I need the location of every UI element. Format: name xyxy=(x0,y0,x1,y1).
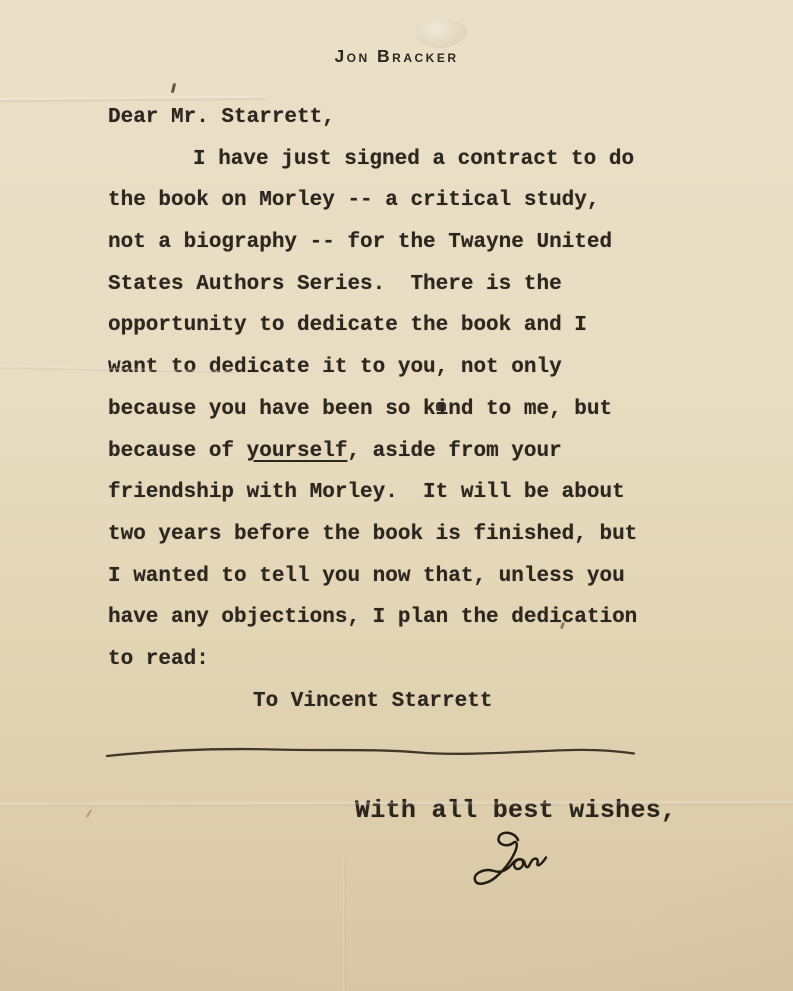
text-segment: because of xyxy=(108,440,247,463)
text-segment: I have just signed a contract to do xyxy=(193,148,634,171)
text-segment: because you have been so k xyxy=(108,398,436,421)
letter-line: not a biography -- for the Twayne United xyxy=(108,222,773,264)
letter-line: two years before the book is finished, b… xyxy=(108,514,773,556)
text-segment: nd to me, but xyxy=(448,398,612,421)
text-segment: not a biography -- for the Twayne United xyxy=(108,231,612,254)
letter-line: the book on Morley -- a critical study, xyxy=(108,180,773,222)
letter-line: to read: xyxy=(108,639,773,681)
letter-line: friendship with Morley. It will be about xyxy=(108,472,773,514)
text-segment: Dear Mr. Starrett, xyxy=(108,106,335,129)
letter-line: want to dedicate it to you, not only xyxy=(108,347,773,389)
text-segment: have any objections, I plan the dedicati… xyxy=(108,606,637,629)
hand-drawn-divider-line xyxy=(104,743,644,761)
overstruck-char: i xyxy=(436,389,449,431)
text-segment: To Vincent Starrett xyxy=(253,690,492,713)
letter-line: opportunity to dedicate the book and I xyxy=(108,305,773,347)
letter-line: have any objections, I plan the dedicati… xyxy=(108,597,773,639)
text-segment: the book on Morley -- a critical study, xyxy=(108,189,599,212)
text-segment: States Authors Series. There is the xyxy=(108,273,562,296)
letter-page: Jon Bracker Dear Mr. Starrett,I have jus… xyxy=(0,0,793,991)
text-segment: want to dedicate it to you, not only xyxy=(108,356,562,379)
text-segment: , aside from your xyxy=(347,440,561,463)
text-segment: opportunity to dedicate the book and I xyxy=(108,314,587,337)
letter-line: Dear Mr. Starrett, xyxy=(108,97,773,139)
letter-line: To Vincent Starrett xyxy=(108,681,773,723)
letter-line: I wanted to tell you now that, unless yo… xyxy=(108,556,773,598)
text-segment: I wanted to tell you now that, unless yo… xyxy=(108,565,625,588)
letter-body: Dear Mr. Starrett,I have just signed a c… xyxy=(108,97,773,722)
letter-line: because you have been so kind to me, but xyxy=(108,389,773,431)
letter-line: States Authors Series. There is the xyxy=(108,264,773,306)
paper-crease xyxy=(343,858,346,991)
letterhead: Jon Bracker xyxy=(0,46,793,67)
letter-line: because of yourself, aside from your xyxy=(108,431,773,473)
text-segment: two years before the book is finished, b… xyxy=(108,523,637,546)
closing-line: With all best wishes, xyxy=(355,796,676,825)
paper-dimple xyxy=(415,18,467,48)
stray-ink-mark xyxy=(86,809,92,818)
underlined-text: yourself xyxy=(247,440,348,463)
text-segment: friendship with Morley. It will be about xyxy=(108,481,625,504)
text-segment: to read: xyxy=(108,648,209,671)
letter-line: I have just signed a contract to do xyxy=(108,139,773,181)
stray-ink-mark xyxy=(171,83,176,93)
signature-jon xyxy=(460,829,556,897)
letterhead-name: Jon Bracker xyxy=(334,46,458,66)
